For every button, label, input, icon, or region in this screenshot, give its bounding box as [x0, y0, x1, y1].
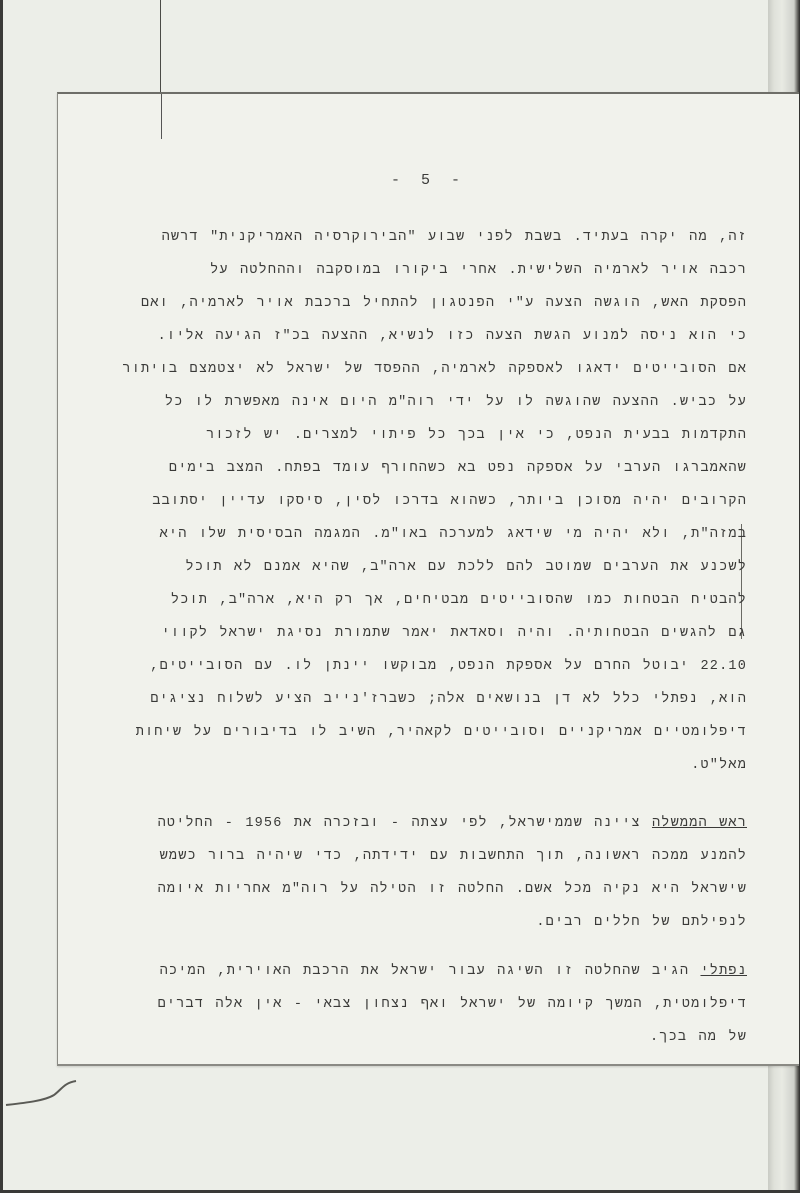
text-line: על כביש. ההצעה שהוגשה לו על ידי רוה"מ הי… [147, 386, 747, 419]
text-line: מאל"ט. [147, 749, 747, 782]
paragraph-3: נפתלי הגיב שהחלטה זו השיגה עבור ישראל את… [147, 955, 747, 1054]
paragraph-1: זה, מה יקרה בעתיד. בשבת לפני שבוע "הבירו… [147, 221, 747, 782]
text-line: במזה"ת, ולא יהיה מי שידאג למערכה באו"מ. … [147, 518, 747, 551]
text-line: רכבה אויר לארמיה השלישית. אחרי ביקורו במ… [147, 254, 747, 287]
text-line: 22.10 יבוטל החרם על אספקת הנפט, מבוקשו י… [147, 650, 747, 683]
text-line: להמנע ממכה ראשונה, תוך התחשבות עם ידידתה… [147, 840, 747, 873]
text-line: שישראל היא נקיה מכל אשם. החלטה זו הטילה … [147, 873, 747, 906]
fold-line [161, 94, 162, 139]
underlined-speaker: נפתלי [700, 964, 747, 979]
text-span: ציינה שממישראל, לפי עצתה - ובזכרה את 195… [158, 816, 652, 831]
text-line: התקדמות בבעית הנפט, כי אין בכך כל פיתוי … [147, 419, 747, 452]
text-line: דיפלומטית, המשך קיומה של ישראל ואף נצחון… [147, 988, 747, 1021]
text-span: הגיב שהחלטה זו השיגה עבור ישראל את הרכבת… [160, 964, 701, 979]
text-line: הפסקת האש, הוגשה הצעה ע"י הפנטגון להתחיל… [147, 287, 747, 320]
text-line: להבטיח הבטחות כמו שהסובייטים מבטיחים, אך… [147, 584, 747, 617]
text-line: של מה בכך. [147, 1021, 747, 1054]
text-line: אם הסובייטים ידאגו לאספקה לארמיה, ההפסד … [147, 353, 747, 386]
text-line: גם להגשים הבטחותיה. והיה וסאדאת יאמר שתמ… [147, 617, 747, 650]
text-line: שהאמברגו הערבי על אספקה נפט בא כשהחורף ע… [147, 452, 747, 485]
text-line: לנפילתם של חללים רבים. [147, 906, 747, 939]
text-line: דיפלומטיים אמריקניים וסובייטים לקאהיר, ה… [147, 716, 747, 749]
text-line: לשכנע את הערבים שמוטב להם ללכת עם ארה"ב,… [147, 551, 747, 584]
paragraph-2: ראש הממשלה ציינה שממישראל, לפי עצתה - וב… [147, 807, 747, 939]
text-line: נפתלי הגיב שהחלטה זו השיגה עבור ישראל את… [147, 955, 747, 988]
underlined-speaker: ראש הממשלה [652, 816, 747, 831]
text-line: כי הוא ניסה למנוע הגשת הצעה כזו לנשיא, ה… [147, 320, 747, 353]
text-line: הוא, נפתלי כלל לא דן בנושאים אלה; כשברז'… [147, 683, 747, 716]
text-line: ראש הממשלה ציינה שממישראל, לפי עצתה - וב… [147, 807, 747, 840]
pen-mark [4, 1075, 84, 1110]
scan-edge-left [0, 0, 3, 1193]
page-number: - 5 - [58, 172, 799, 189]
text-line: זה, מה יקרה בעתיד. בשבת לפני שבוע "הבירו… [147, 221, 747, 254]
text-line: הקרובים יהיה מסוכן ביותר, כשהוא בדרכו לס… [147, 485, 747, 518]
document-page: - 5 - זה, מה יקרה בעתיד. בשבת לפני שבוע … [57, 92, 799, 1066]
